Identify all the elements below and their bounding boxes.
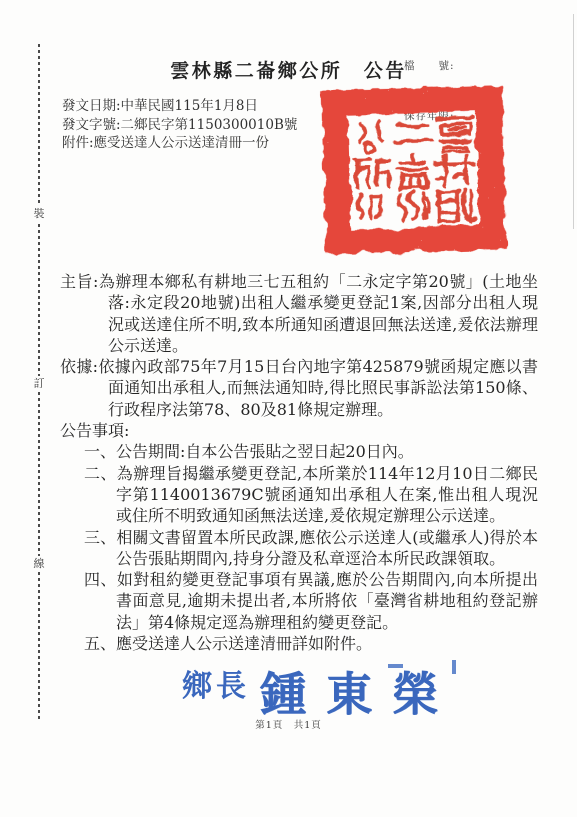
seal-glyphs	[354, 118, 476, 224]
official-seal	[320, 77, 509, 262]
page-footer: 第1頁 共1頁	[0, 717, 577, 731]
announcement-item-3: 三、相關文書留置本所民政課,應依公示送達人(或繼承人)得於本公告張貼期間內,持身…	[84, 527, 538, 570]
announcement-item-5: 五、應受送達人公示送達清冊詳如附件。	[84, 633, 538, 654]
subject-text: 為辦理本鄉私有耕地三七五租約「二永定字第20號」(土地坐落:永定段20地號)出租…	[98, 272, 538, 355]
binding-marker-zhuang: 裝	[31, 206, 47, 222]
announcement-body: 主旨:為辦理本鄉私有耕地三七五租約「二永定字第20號」(土地坐落:永定段20地號…	[60, 271, 538, 654]
item-text: 為辦理旨揭繼承變更登記,本所業於114年12月10日二鄉民字第114001367…	[116, 464, 538, 526]
basis-label: 依據:	[60, 357, 98, 376]
item-number: 一、	[84, 442, 116, 461]
basis-paragraph: 依據:依據內政部75年7月15日台內地字第425879號函規定應以書面通知出承租…	[60, 356, 538, 420]
stamp-edge-mark	[388, 664, 403, 668]
issue-date: 發文日期:中華民國115年1月8日	[62, 97, 297, 116]
item-number: 四、	[84, 570, 117, 589]
signature-block: 鄉長鍾東榮	[182, 658, 482, 724]
binding-marker-ding: 訂	[31, 376, 47, 392]
item-text: 相關文書留置本所民政課,應依公示送達人(或繼承人)得於本公告張貼期間內,持身分證…	[116, 528, 538, 568]
announcement-item-2: 二、為辦理旨揭繼承變更登記,本所業於114年12月10日二鄉民字第1140013…	[84, 463, 538, 527]
subject-paragraph: 主旨:為辦理本鄉私有耕地三七五租約「二永定字第20號」(土地坐落:永定段20地號…	[60, 271, 538, 356]
items-heading: 公告事項:	[60, 420, 538, 441]
item-number: 二、	[84, 464, 117, 483]
signer-name: 鍾東榮	[260, 658, 458, 724]
item-text: 應受送達人公示送達清冊詳如附件。	[116, 634, 372, 653]
basis-text: 依據內政部75年7月15日台內地字第425879號函規定應以書面通知出承租人,而…	[98, 357, 538, 419]
attachment-note: 附件:應受送達人公示送達清冊一份	[62, 134, 297, 153]
binding-marker-xian: 線	[31, 556, 47, 572]
doc-number: 發文字號:二鄉民字第1150300010B號	[62, 116, 297, 135]
document-meta: 發文日期:中華民國115年1月8日 發文字號:二鄉民字第1150300010B號…	[62, 97, 297, 153]
item-number: 五、	[84, 634, 116, 653]
announcement-document-page: 裝 訂 線 檔 號: 保存年限: 雲林縣二崙鄉公所 公告 發文日期:中華民國11…	[0, 0, 577, 817]
item-text: 如對租約變更登記事項有異議,應於公告期間內,向本所提出書面意見,逾期未提出者,本…	[116, 570, 538, 632]
stamp-edge-mark	[452, 660, 456, 674]
announcement-item-1: 一、公告期間:自本公告張貼之翌日起20日內。	[84, 441, 538, 462]
subject-label: 主旨:	[60, 272, 98, 291]
scan-edge-line	[573, 14, 575, 229]
announcement-item-4: 四、如對租約變更登記事項有異議,應於公告期間內,向本所提出書面意見,逾期未提出者…	[84, 569, 538, 633]
signer-title: 鄉長	[182, 661, 250, 705]
item-text: 公告期間:自本公告張貼之翌日起20日內。	[116, 442, 414, 461]
item-number: 三、	[84, 528, 116, 547]
